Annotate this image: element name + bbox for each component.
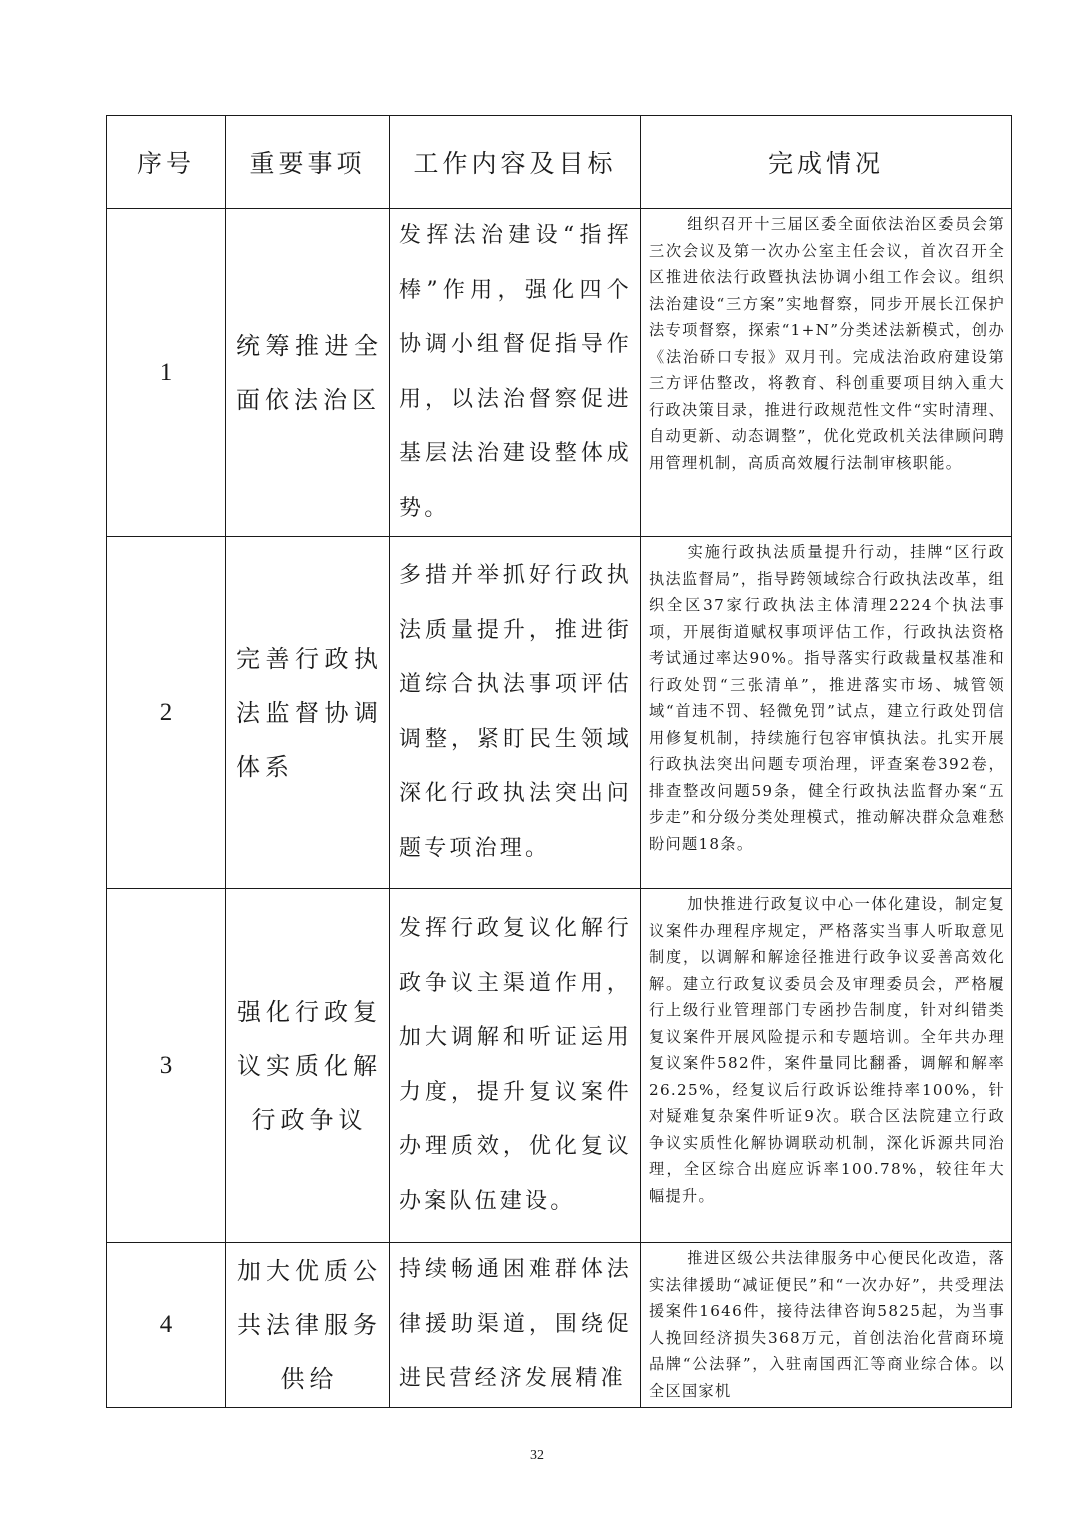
header-key-item: 重要事项: [226, 116, 390, 209]
work-summary-table-wrapper: 序号 重要事项 工作内容及目标 完成情况 1 统筹推进全面依法治区 发挥法治建设…: [106, 115, 1011, 1408]
table-row: 2 完善行政执法监督协调体系 多措并举抓好行政执法质量提升，推进街道综合执法事项…: [107, 537, 1012, 889]
work-summary-table: 序号 重要事项 工作内容及目标 完成情况 1 统筹推进全面依法治区 发挥法治建设…: [106, 115, 1012, 1408]
completion-text: 加快推进行政复议中心一体化建设，制定复议案件办理程序规定，严格落实当事人听取意见…: [649, 895, 1005, 1205]
header-content-goal: 工作内容及目标: [390, 116, 641, 209]
header-serial-no: 序号: [107, 116, 226, 209]
table-row: 1 统筹推进全面依法治区 发挥法治建设“指挥棒”作用，强化四个协调小组督促指导作…: [107, 209, 1012, 537]
row-completion: 加快推进行政复议中心一体化建设，制定复议案件办理程序规定，严格落实当事人听取意见…: [641, 889, 1012, 1243]
row-number: 4: [107, 1243, 226, 1408]
row-key-item: 统筹推进全面依法治区: [226, 209, 390, 537]
table-row: 3 强化行政复议实质化解行政争议 发挥行政复议化解行政争议主渠道作用，加大调解和…: [107, 889, 1012, 1243]
completion-text: 实施行政执法质量提升行动，挂牌“区行政执法监督局”，指导跨领域综合行政执法改革，…: [649, 543, 1005, 853]
row-completion: 实施行政执法质量提升行动，挂牌“区行政执法监督局”，指导跨领域综合行政执法改革，…: [641, 537, 1012, 889]
row-completion: 组织召开十三届区委全面依法治区委员会第三次会议及第一次办公室主任会议，首次召开全…: [641, 209, 1012, 537]
row-content-goal: 发挥行政复议化解行政争议主渠道作用，加大调解和听证运用力度，提升复议案件办理质效…: [390, 889, 641, 1243]
completion-text: 推进区级公共法律服务中心便民化改造，落实法律援助“减证便民”和“一次办好”，共受…: [649, 1249, 1005, 1400]
row-key-item: 加大优质公共法律服务供给: [226, 1243, 390, 1408]
row-content-goal: 持续畅通困难群体法律援助渠道，围绕促进民营经济发展精准: [390, 1243, 641, 1408]
row-key-item: 完善行政执法监督协调体系: [226, 537, 390, 889]
page-number: 32: [0, 1448, 1074, 1464]
row-number: 1: [107, 209, 226, 537]
completion-text: 组织召开十三届区委全面依法治区委员会第三次会议及第一次办公室主任会议，首次召开全…: [649, 215, 1005, 472]
table-header-row: 序号 重要事项 工作内容及目标 完成情况: [107, 116, 1012, 209]
row-number: 3: [107, 889, 226, 1243]
row-content-goal: 多措并举抓好行政执法质量提升，推进街道综合执法事项评估调整，紧盯民生领域深化行政…: [390, 537, 641, 889]
row-content-goal: 发挥法治建设“指挥棒”作用，强化四个协调小组督促指导作用，以法治督察促进基层法治…: [390, 209, 641, 537]
row-completion: 推进区级公共法律服务中心便民化改造，落实法律援助“减证便民”和“一次办好”，共受…: [641, 1243, 1012, 1408]
row-key-item: 强化行政复议实质化解行政争议: [226, 889, 390, 1243]
header-completion: 完成情况: [641, 116, 1012, 209]
table-row: 4 加大优质公共法律服务供给 持续畅通困难群体法律援助渠道，围绕促进民营经济发展…: [107, 1243, 1012, 1408]
row-number: 2: [107, 537, 226, 889]
